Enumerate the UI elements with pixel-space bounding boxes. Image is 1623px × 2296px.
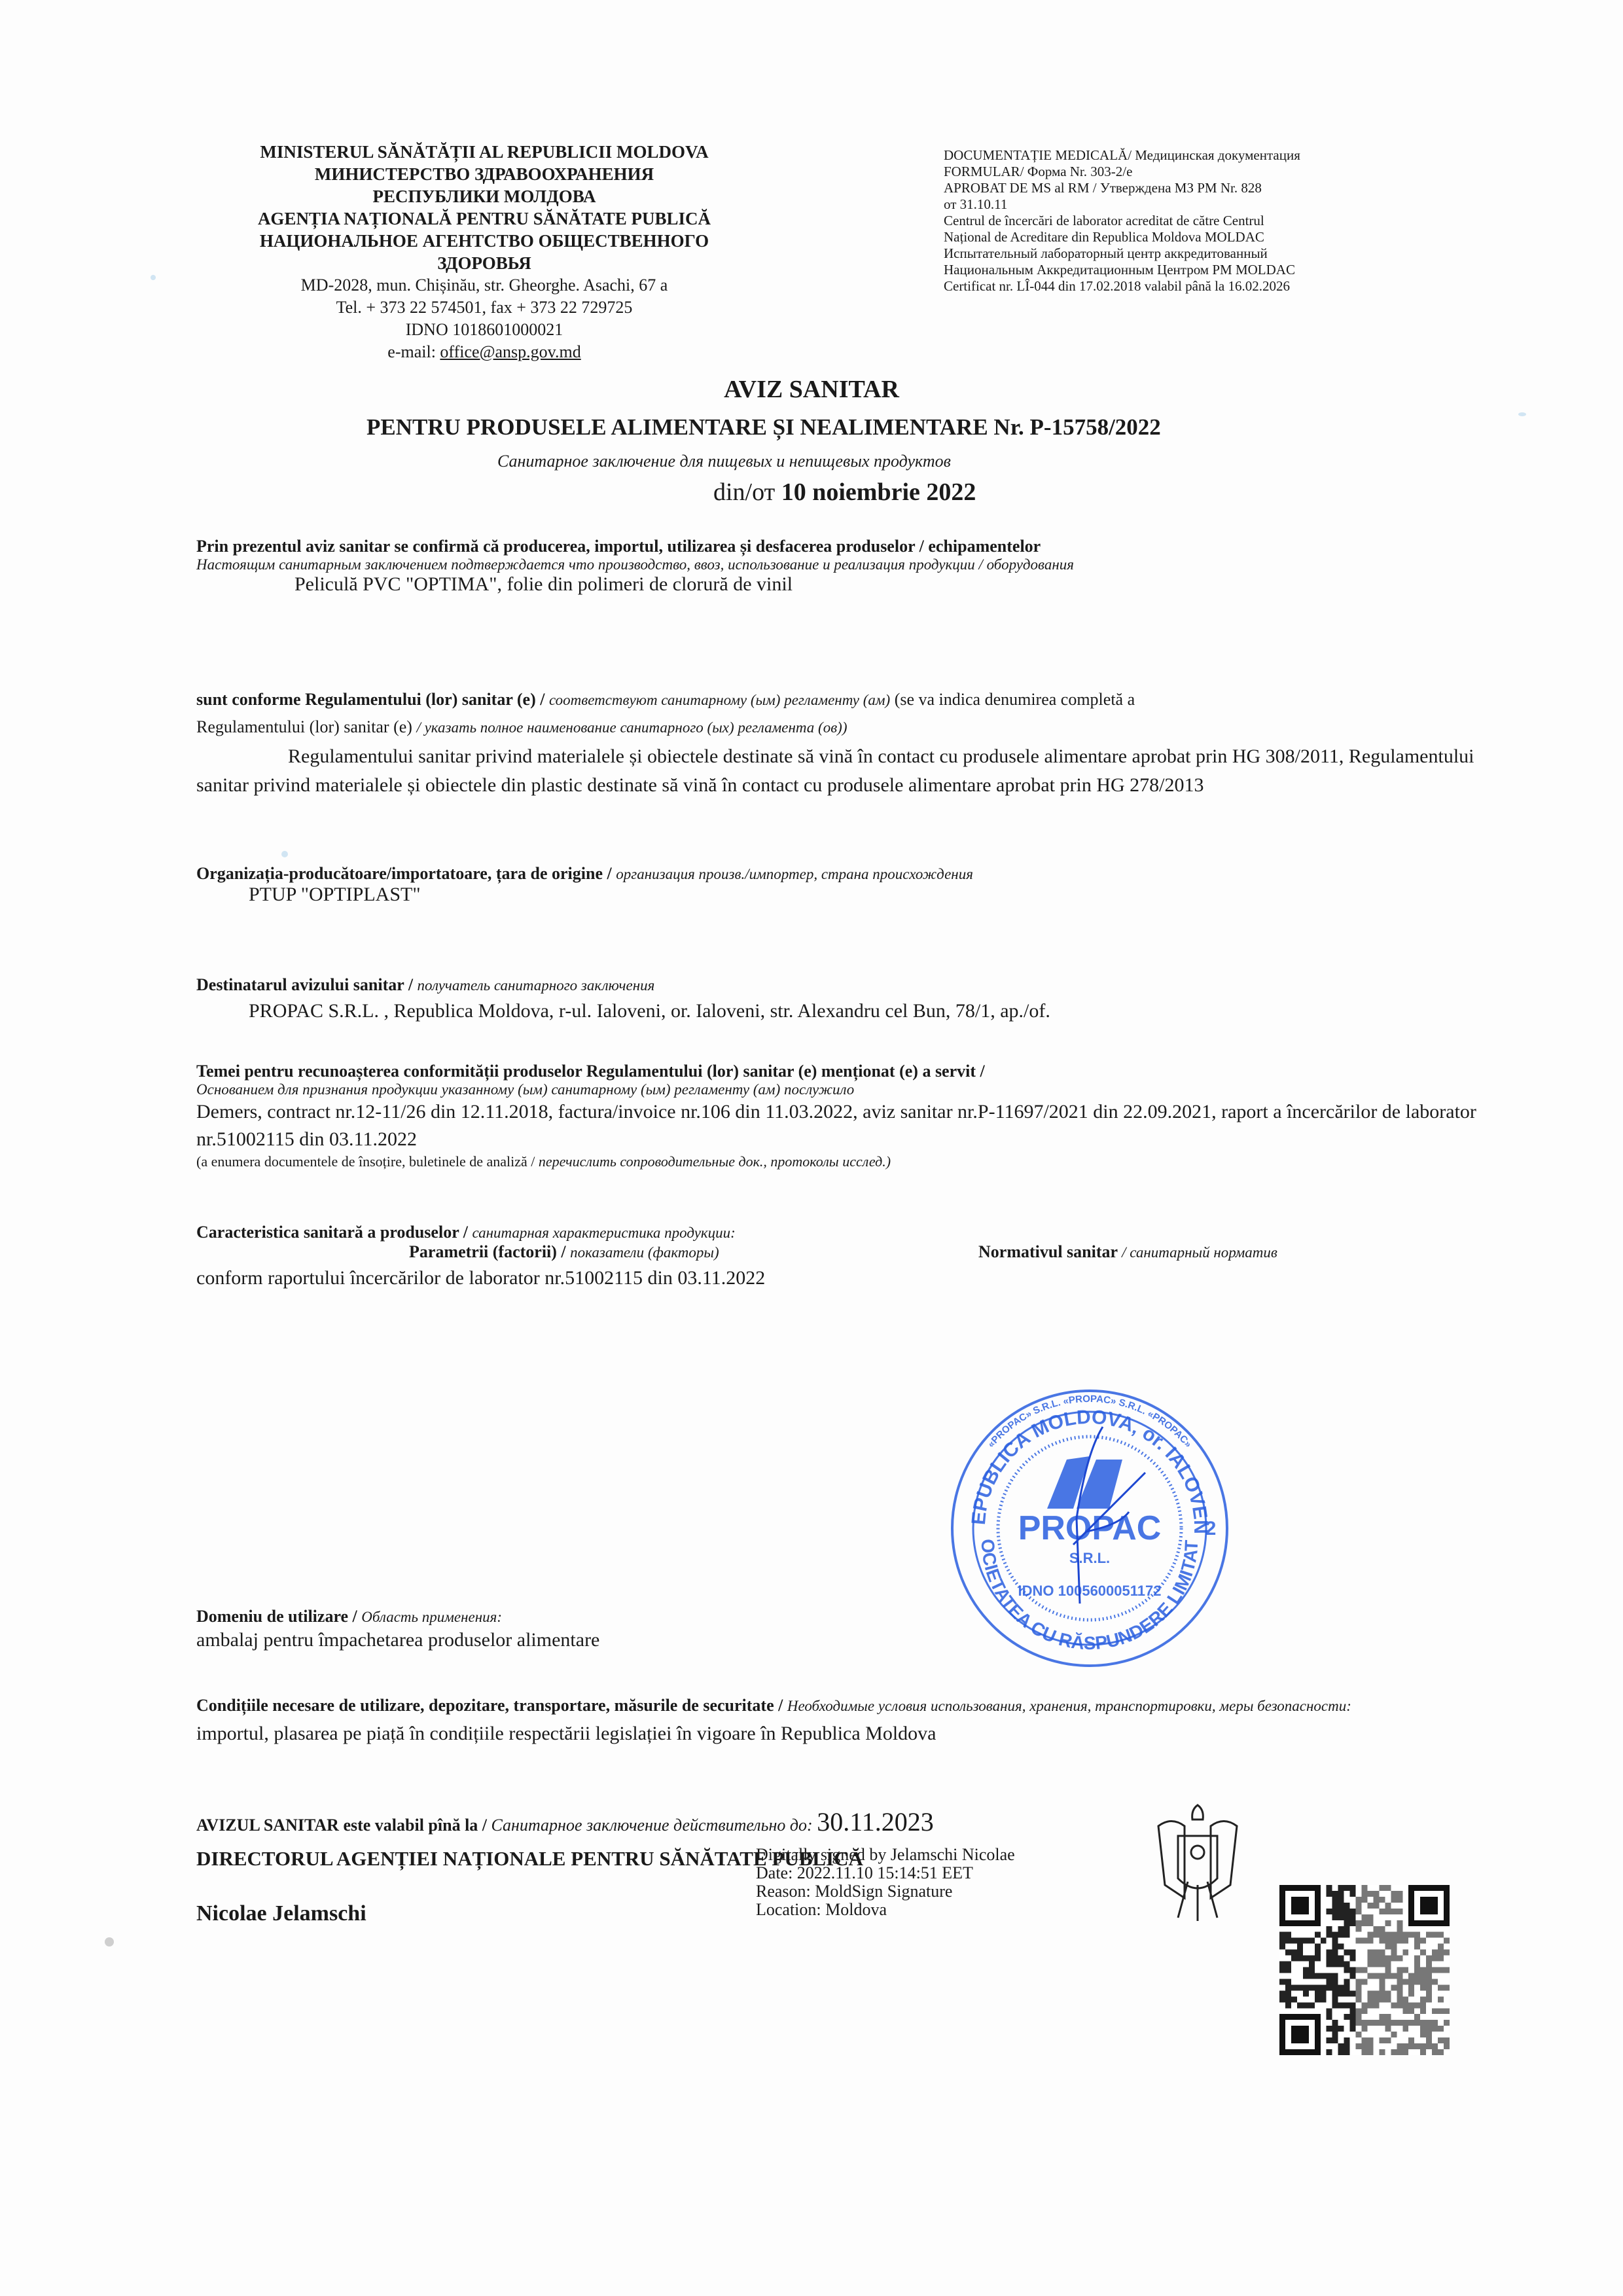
- section-label: Caracteristica sanitară a produselor /: [196, 1223, 472, 1242]
- norm-label: Normativul sanitar: [978, 1242, 1122, 1261]
- form-info-line: Centrul de încercări de laborator acredi…: [944, 213, 1441, 229]
- digital-signature: Digitally signed by Jelamschi Nicolae Da…: [756, 1846, 1015, 1919]
- qr-code[interactable]: [1279, 1885, 1450, 2055]
- section-label: Organizația-producătoare/importatoare, ț…: [196, 864, 616, 883]
- section-label-ru: организация произв./импортер, страна про…: [616, 866, 973, 882]
- form-info-line: Național de Acreditare din Republica Mol…: [944, 229, 1441, 245]
- document-title: AVIZ SANITAR: [0, 375, 1623, 404]
- section-recipient: Destinatarul avizului sanitar / получате…: [196, 975, 1479, 1022]
- section-label-ru: получатель санитарного заключения: [418, 977, 655, 994]
- form-info-line: Испытательный лабораторный центр аккреди…: [944, 245, 1441, 262]
- section-label-ru: Необходимые условия использования, хране…: [787, 1698, 1351, 1714]
- issuer-line: МИНИСТЕРСТВО ЗДРАВООХРАНЕНИЯ: [196, 163, 772, 185]
- section-label-ru: Основанием для признания продукции указа…: [196, 1081, 1479, 1098]
- date-prefix: din/от: [713, 478, 781, 506]
- validity-label: AVIZUL SANITAR este valabil pînă la /: [196, 1816, 491, 1835]
- section-label: Domeniu de utilizare /: [196, 1607, 361, 1626]
- section-confirm: Prin prezentul aviz sanitar se confirmă …: [196, 537, 1479, 596]
- issuer-email-row: e-mail: office@ansp.gov.md: [196, 341, 772, 363]
- regulations-value: Regulamentului sanitar privind materiale…: [196, 742, 1479, 800]
- scan-speck: [281, 851, 288, 857]
- email-link[interactable]: office@ansp.gov.md: [440, 342, 580, 361]
- svg-text:IDNO 1005600051172: IDNO 1005600051172: [1018, 1583, 1162, 1599]
- product-name: Peliculă PVC "OPTIMA", folie din polimer…: [196, 573, 1479, 596]
- section-note-ru: перечислить сопроводительные док., прото…: [539, 1153, 891, 1170]
- issuer-phone: Tel. + 373 22 574501, fax + 373 22 72972…: [196, 296, 772, 319]
- issuer-line: AGENȚIA NAȚIONALĂ PENTRU SĂNĂTATE PUBLIC…: [196, 207, 772, 230]
- issuer-line: НАЦИОНАЛЬНОЕ АГЕНТСТВО ОБЩЕСТВЕННОГО: [196, 230, 772, 252]
- document-date: din/от 10 noiembrie 2022: [713, 478, 976, 507]
- form-info-line: от 31.10.11: [944, 196, 1441, 213]
- form-info-header: DOCUMENTAȚIE MEDICALĂ/ Медицинская докум…: [944, 147, 1441, 295]
- section-label: Prin prezentul aviz sanitar se confirmă …: [196, 537, 1479, 556]
- section-label-ru: соответствуют санитарному (ым) регламент…: [549, 692, 890, 708]
- basis-value: Demers, contract nr.12-11/26 din 12.11.2…: [196, 1098, 1479, 1153]
- form-info-line: APROBAT DE MS al RM / Утверждена МЗ РМ N…: [944, 180, 1441, 196]
- section-conform: sunt conforme Regulamentului (lor) sanit…: [196, 687, 1479, 800]
- signature-location: Location: Moldova: [756, 1901, 1015, 1919]
- issuer-line: ЗДОРОВЬЯ: [196, 252, 772, 274]
- producer-value: PTUP "OPTIPLAST": [196, 884, 1479, 906]
- scan-speck: [151, 275, 156, 280]
- section-basis: Temei pentru recunoașterea conformității…: [196, 1062, 1479, 1170]
- characteristics-value: conform raportului încercărilor de labor…: [196, 1267, 1479, 1289]
- param-label: Parametrii (factorii) /: [409, 1242, 570, 1261]
- scan-speck: [1518, 412, 1526, 416]
- param-label-ru: показатели (факторы): [570, 1244, 719, 1261]
- issuer-line: РЕСПУБЛИКИ МОЛДОВА: [196, 185, 772, 207]
- issuer-idno: IDNO 1018601000021: [196, 319, 772, 341]
- director-name: Nicolae Jelamschi: [196, 1901, 366, 1926]
- domain-value: ambalaj pentru împachetarea produselor a…: [196, 1629, 1479, 1651]
- validity-label-ru: Санитарное заключение действительно до:: [491, 1816, 817, 1835]
- section-domain: Domeniu de utilizare / Область применени…: [196, 1607, 1479, 1651]
- section-label-ru: Настоящим санитарным заключением подтвер…: [196, 556, 1479, 573]
- section-label-ru: / указать полное наименование санитарног…: [416, 719, 847, 736]
- issuer-header: MINISTERUL SĂNĂTĂȚII AL REPUBLICII MOLDO…: [196, 141, 772, 363]
- recipient-value: PROPAC S.R.L. , Republica Moldova, r-ul.…: [196, 1000, 1479, 1022]
- conditions-value: importul, plasarea pe piață în condițiil…: [196, 1723, 1479, 1745]
- section-label-ru: санитарная характеристика продукции:: [472, 1225, 735, 1241]
- section-producer: Organizația-producătoare/importatoare, ț…: [196, 864, 1479, 906]
- form-info-line: Национальным Аккредитационным Центром РМ…: [944, 262, 1441, 278]
- svg-text:2: 2: [1205, 1518, 1217, 1539]
- document-subtitle-ru: Санитарное заключение для пищевых и непи…: [497, 452, 951, 471]
- section-label: Regulamentului (lor) sanitar (e): [196, 717, 416, 736]
- section-validity: AVIZUL SANITAR este valabil pînă la / Са…: [196, 1806, 1479, 1837]
- section-note: (a enumera documentele de însoțire, bule…: [196, 1153, 539, 1170]
- issuer-line: MINISTERUL SĂNĂTĂȚII AL REPUBLICII MOLDO…: [196, 141, 772, 163]
- signature-date: Date: 2022.11.10 15:14:51 EET: [756, 1864, 1015, 1882]
- signature-reason: Reason: MoldSign Signature: [756, 1882, 1015, 1901]
- norm-label-ru: / санитарный норматив: [1122, 1244, 1277, 1261]
- form-info-line: FORMULAR/ Форма Nr. 303-2/e: [944, 164, 1441, 180]
- svg-text:S.R.L.: S.R.L.: [1069, 1550, 1110, 1566]
- document-subtitle: PENTRU PRODUSELE ALIMENTARE ȘI NEALIMENT…: [366, 414, 1161, 440]
- section-label: Destinatarul avizului sanitar /: [196, 975, 418, 994]
- form-info-line: DOCUMENTAȚIE MEDICALĂ/ Медицинская докум…: [944, 147, 1441, 164]
- section-conditions: Condițiile necesare de utilizare, depozi…: [196, 1695, 1479, 1745]
- section-label: Condițiile necesare de utilizare, depozi…: [196, 1696, 787, 1715]
- section-label-ru: Область применения:: [361, 1609, 502, 1625]
- coat-of-arms-icon: [1152, 1800, 1243, 1924]
- date-value: 10 noiembrie 2022: [781, 478, 976, 506]
- issuer-address: MD-2028, mun. Chișinău, str. Gheorghe. A…: [196, 274, 772, 296]
- signature-signer: Digitally signed by Jelamschi Nicolae: [756, 1846, 1015, 1864]
- section-note: (se va indica denumirea completă a: [890, 690, 1135, 709]
- email-label: e-mail:: [387, 342, 440, 361]
- validity-date: 30.11.2023: [817, 1807, 934, 1837]
- section-label: sunt conforme Regulamentului (lor) sanit…: [196, 690, 549, 709]
- section-label: Temei pentru recunoașterea conformității…: [196, 1062, 1479, 1081]
- form-info-line: Certificat nr. LÎ-044 din 17.02.2018 val…: [944, 278, 1441, 295]
- scan-speck: [105, 1937, 114, 1946]
- section-characteristics: Caracteristica sanitară a produselor / с…: [196, 1223, 1479, 1289]
